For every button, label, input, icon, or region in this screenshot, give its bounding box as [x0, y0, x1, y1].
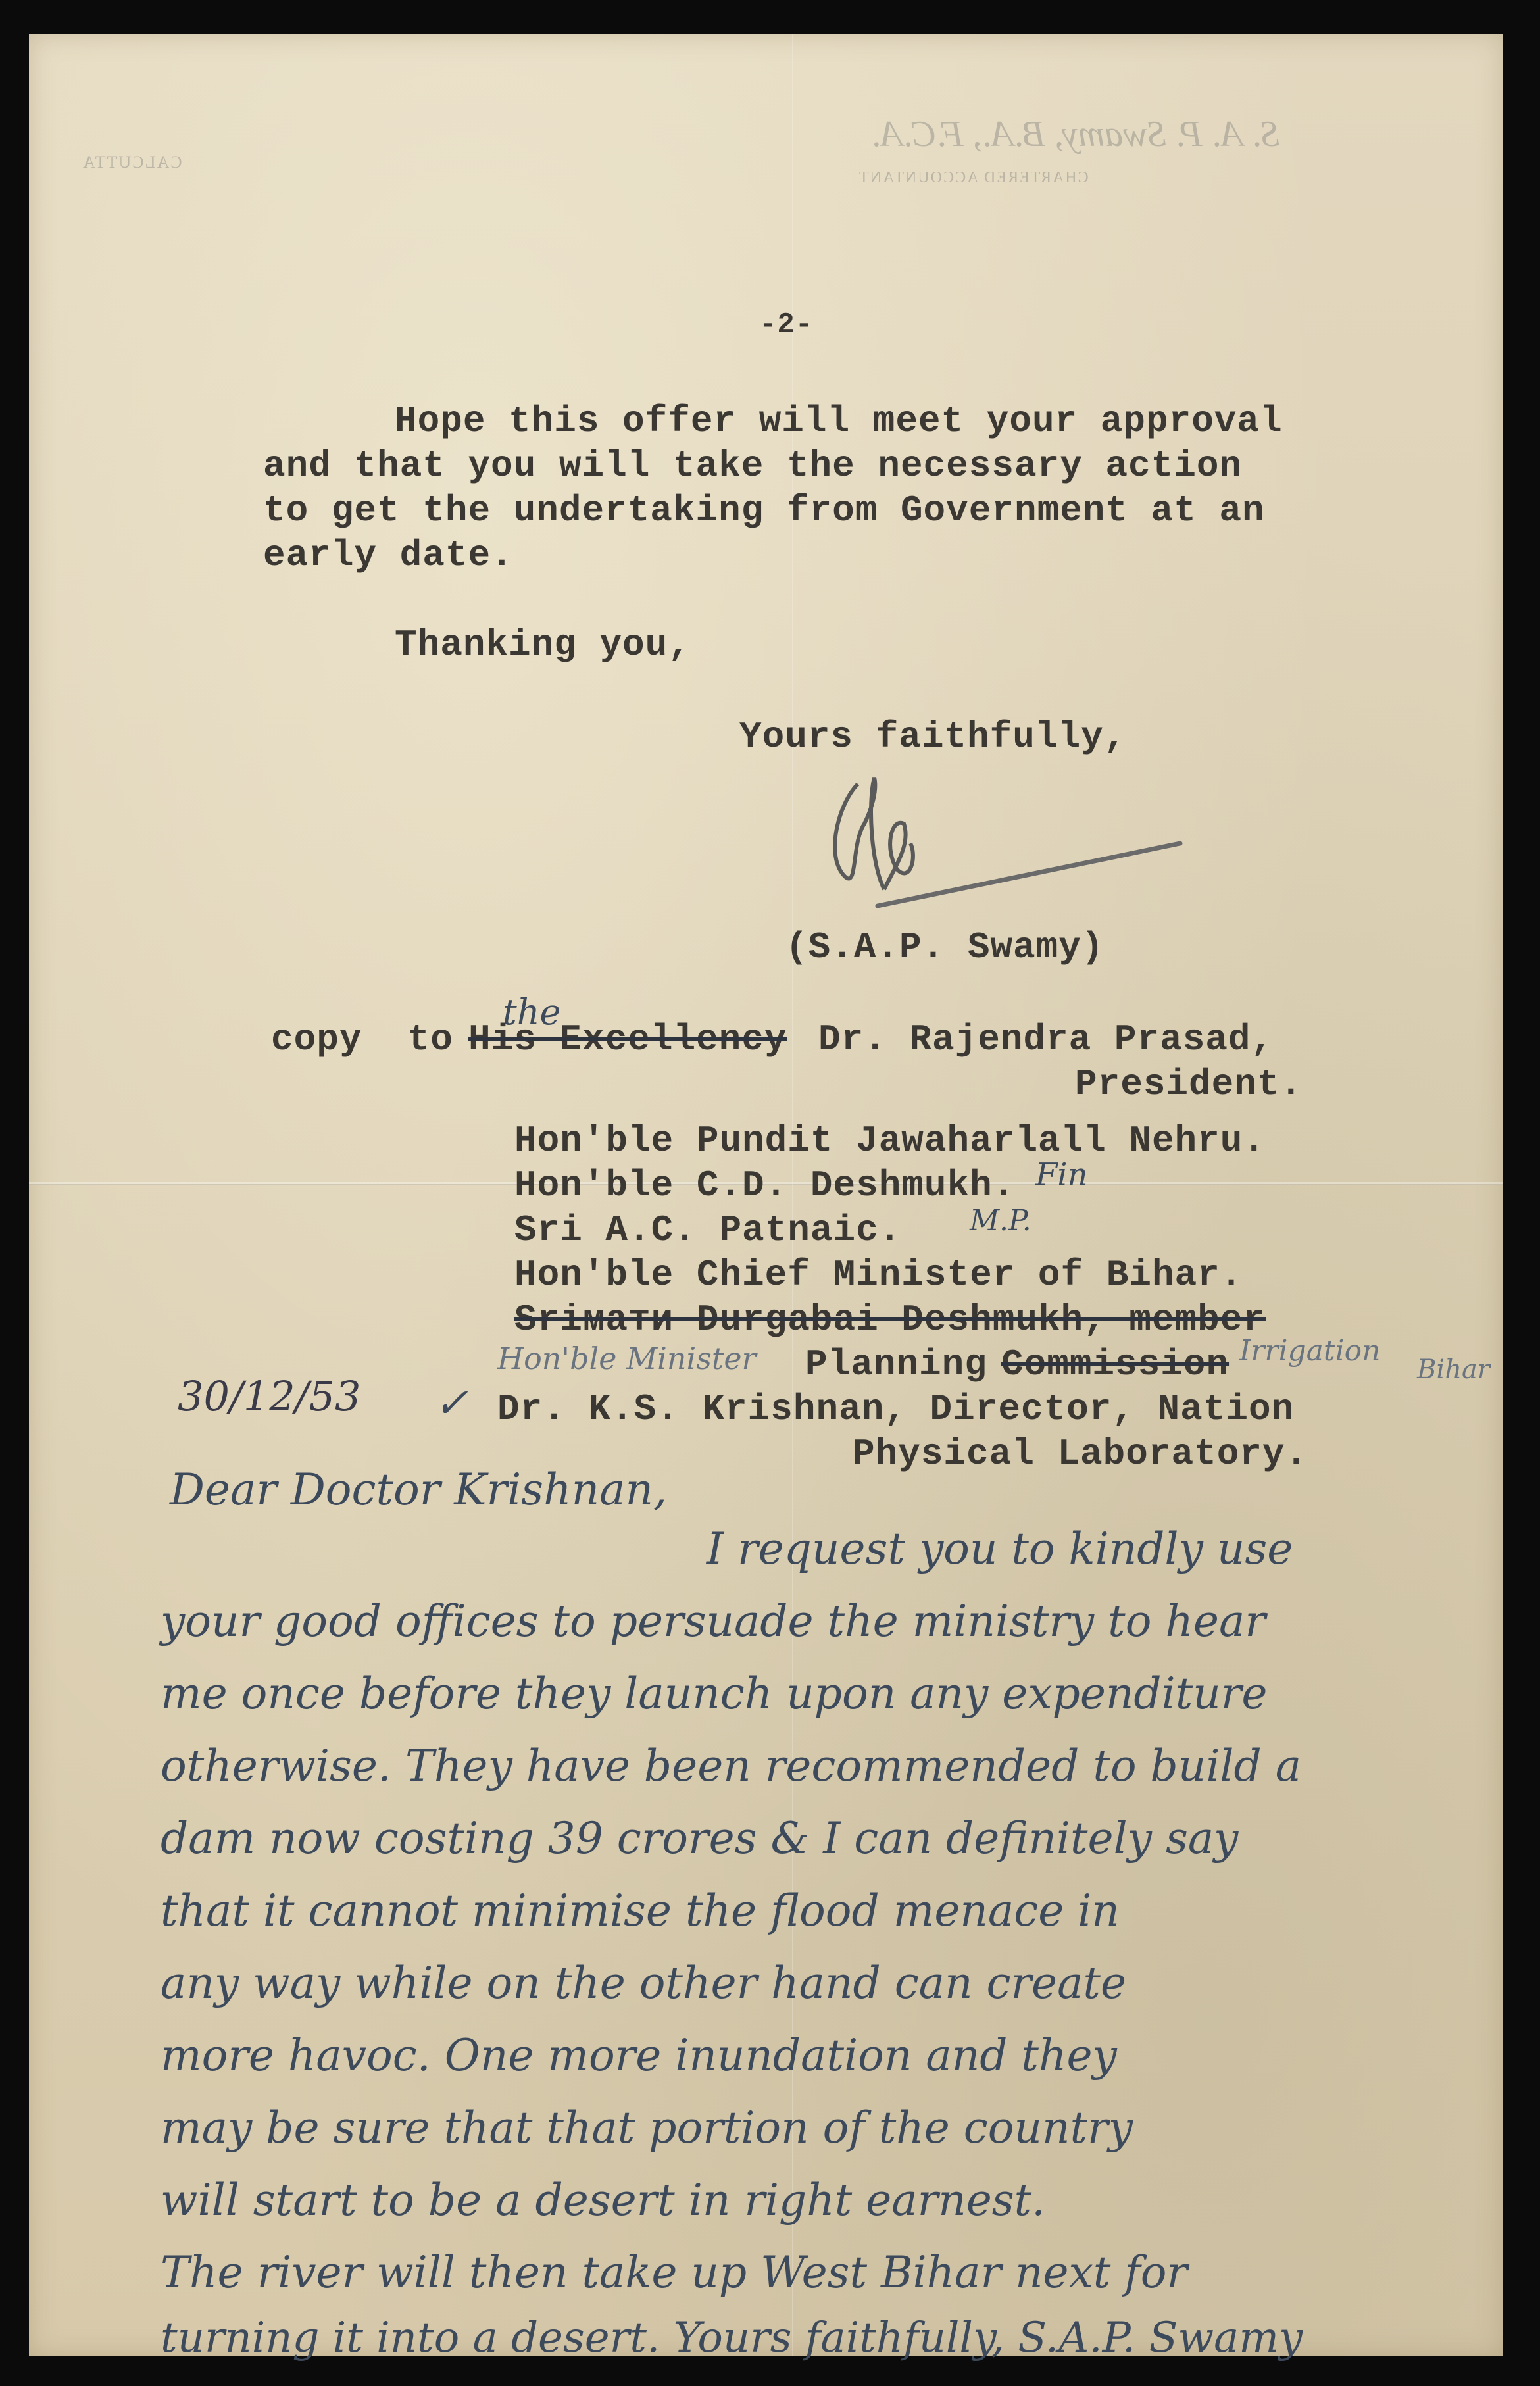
annotation-bihar: Bihar — [1417, 1356, 1490, 1383]
handwritten-line-1: I request you to kindly use — [707, 1528, 1293, 1571]
copy-recipient-deshmukh: Hon'ble C.D. Deshmukh. — [514, 1167, 1015, 1204]
letterhead-name-bleedthrough: S. A. P. Swamy, B.A., F.C.A. — [871, 113, 1279, 155]
copy-recipient-cm-bihar: Hon'ble Chief Minister of Bihar. — [514, 1256, 1243, 1293]
copy-first-recipient-title: President. — [1075, 1066, 1303, 1103]
copy-struck-commission: Commission — [1001, 1346, 1229, 1383]
handwritten-line-11: The river will then take up West Bihar n… — [161, 2251, 1187, 2295]
handwritten-line-7: any way while on the other hand can crea… — [161, 1962, 1126, 2005]
handwritten-line-6: that it cannot minimise the flood menace… — [161, 1889, 1120, 1933]
body-line-4: early date. — [263, 537, 514, 574]
handwritten-line-9: may be sure that that portion of the cou… — [161, 2106, 1133, 2150]
copy-recipient-krishnan: Dr. K.S. Krishnan, Director, Nation — [497, 1391, 1294, 1428]
letter-page: S. A. P. Swamy, B.A., F.C.A. CHARTERED A… — [29, 34, 1503, 2356]
copy-recipient-struck: Sriмати Durgabai Deshmukh, member — [514, 1301, 1266, 1338]
annotation-hon-minister: Hon'ble Minister — [497, 1343, 757, 1374]
body-line-1: Hope this offer will meet your approval — [395, 403, 1283, 439]
signature-mark — [812, 764, 1206, 916]
handwritten-line-4: otherwise. They have been recommended to… — [161, 1745, 1301, 1788]
body-line-2: and that you will take the necessary act… — [263, 447, 1242, 484]
copy-to-prefix: copy to — [271, 1021, 453, 1058]
handwritten-line-12: turning it into a desert. Yours faithful… — [161, 2317, 1303, 2359]
copy-recipient-patnaic: Sri A.C. Patnaic. — [514, 1212, 901, 1249]
closing-valediction: Yours faithfully, — [739, 718, 1126, 755]
copy-first-recipient: Dr. Rajendra Prasad, — [818, 1021, 1274, 1058]
handwritten-date: 30/12/53 — [178, 1376, 360, 1417]
letterhead-subtitle-bleedthrough: CHARTERED ACCOUNTANT — [858, 169, 1089, 187]
page-number: -2- — [759, 311, 813, 339]
annotation-irrigation: Irrigation — [1239, 1337, 1381, 1366]
handwritten-line-3: me once before they launch upon any expe… — [161, 1672, 1267, 1716]
copy-recipient-nehru: Hon'ble Pundit Jawaharlall Nehru. — [514, 1122, 1266, 1159]
closing-thanks: Thanking you, — [395, 626, 691, 663]
handwritten-salutation: Dear Doctor Krishnan, — [170, 1468, 667, 1512]
annotation-mp: M.P. — [970, 1206, 1031, 1235]
signatory-name: (S.A.P. Swamy) — [785, 929, 1104, 966]
body-line-3: to get the undertaking from Government a… — [263, 492, 1265, 529]
copy-recipient-lab: Physical Laboratory. — [853, 1435, 1308, 1472]
letterhead-city-bleedthrough: CALCUTTA — [82, 153, 182, 172]
handwritten-line-5: dam now costing 39 crores & I can defini… — [161, 1817, 1238, 1860]
copy-title-correction: the — [503, 995, 560, 1030]
handwritten-line-2: your good offices to persuade the minist… — [161, 1600, 1266, 1643]
handwritten-line-8: more havoc. One more inundation and they — [161, 2034, 1117, 2077]
annotation-fin: Fin — [1035, 1159, 1088, 1191]
handwritten-line-10: will start to be a desert in right earne… — [161, 2179, 1045, 2222]
checkmark-icon: ✓ — [434, 1383, 468, 1424]
copy-recipient-planning: Planning — [805, 1346, 987, 1383]
